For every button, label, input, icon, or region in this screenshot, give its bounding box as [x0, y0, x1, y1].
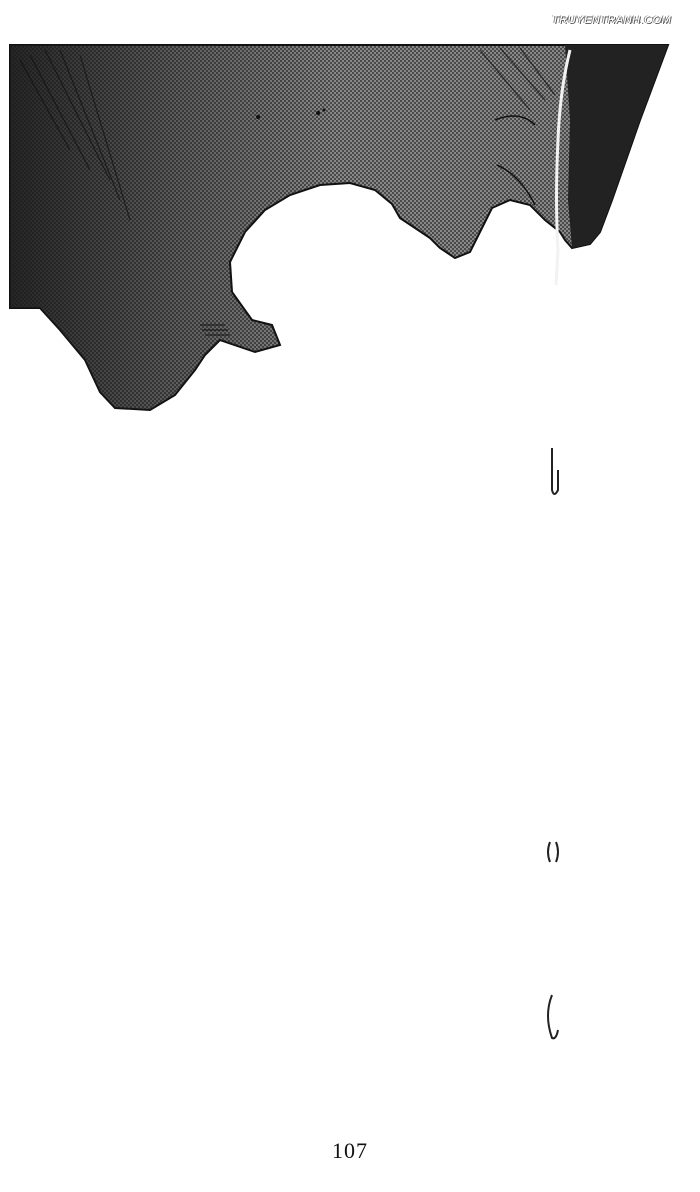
manga-panel-artwork: [0, 0, 700, 1192]
page-number: 107: [0, 1138, 700, 1164]
drool-drops: [548, 448, 558, 1038]
face-silhouette: [10, 45, 668, 410]
